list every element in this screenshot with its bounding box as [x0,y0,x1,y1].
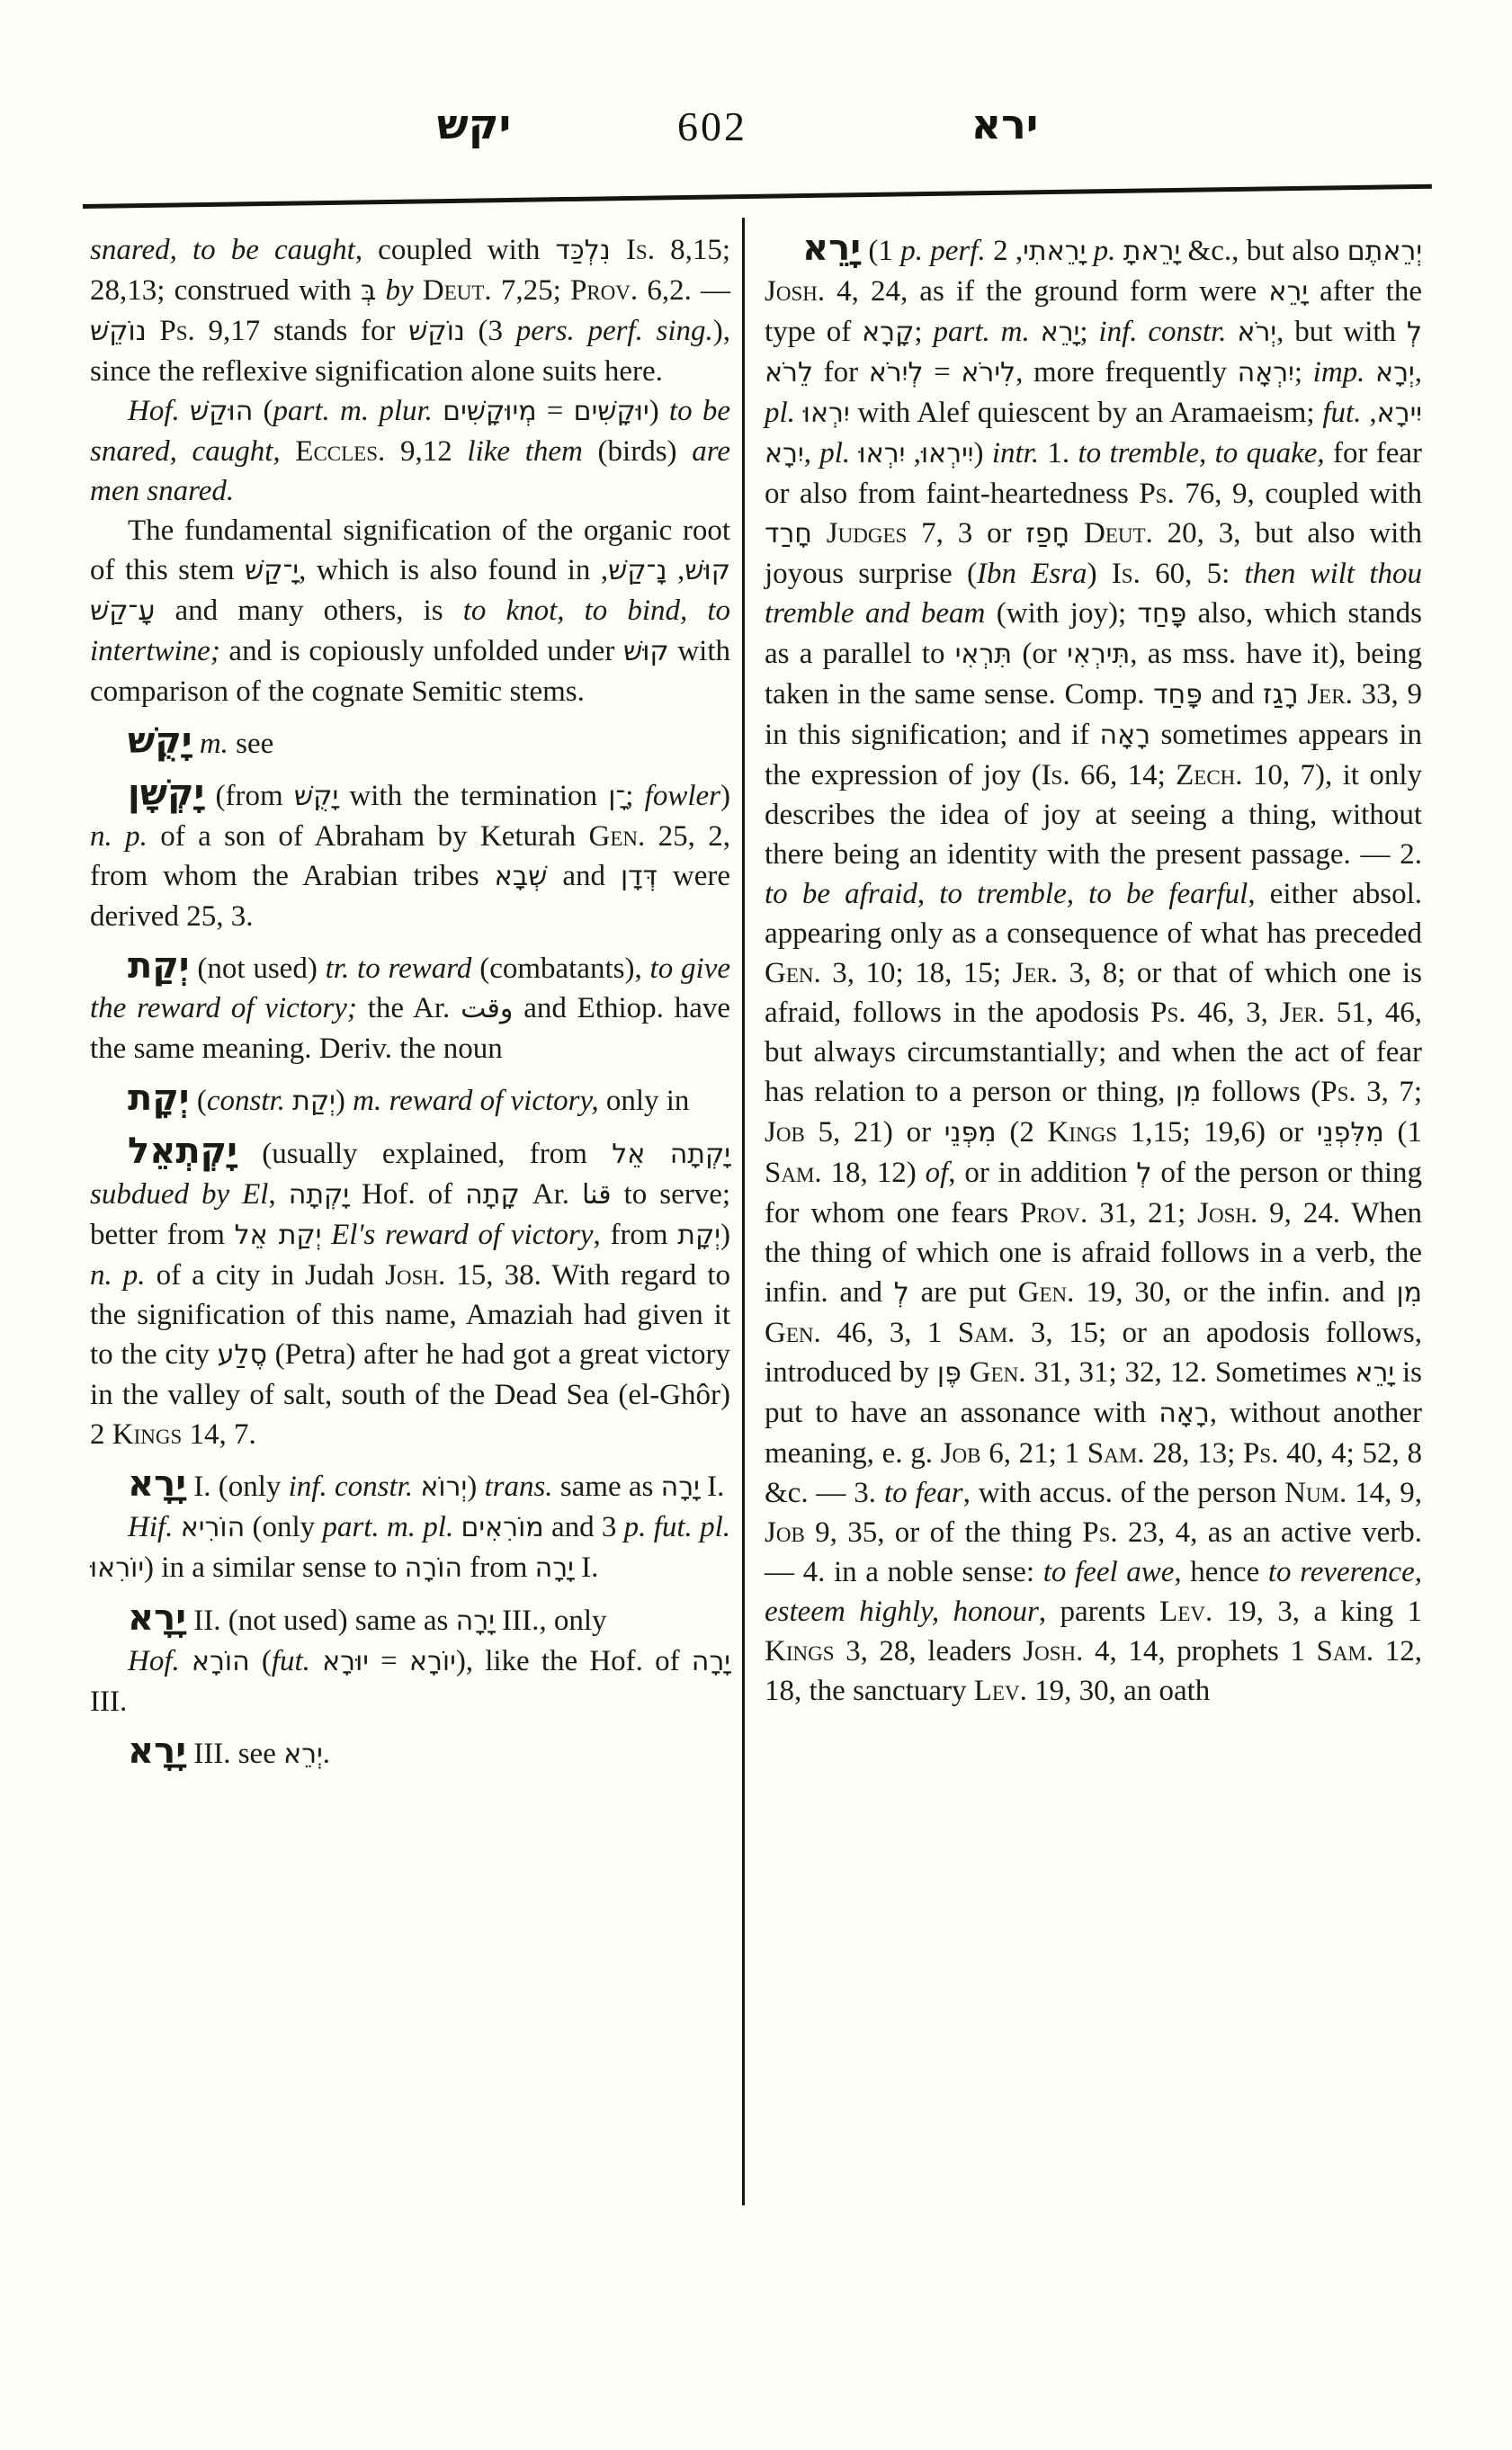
text-run: , hence [1174,1556,1267,1588]
hebrew-headword: יָרֵא [802,228,861,269]
hebrew-word: קוּשׁ [684,555,730,586]
hebrew-word: יְקָת [677,1220,720,1251]
text-run: and 3 [544,1511,624,1543]
hebrew-word: יִירְאוּ [921,438,974,469]
text-run: 1. [1039,437,1078,469]
text-run: , [1415,356,1422,389]
text-run: see [228,728,273,760]
hebrew-word: מִפְּנֵי [944,1117,997,1149]
text-run [1361,397,1369,429]
hebrew-headword: יָרָא [128,1463,186,1505]
book-reference: Gen. [970,1356,1026,1389]
italic-run: like them [467,435,582,468]
text-run [192,728,200,760]
hebrew-word: יוֹרִאוּ [90,1552,144,1584]
text-run: (1 [1384,1116,1422,1149]
text-run [812,517,827,550]
entry-paragraph: יָרָא I. (only inf. constr. יְרוֹא) tran… [90,1466,730,1507]
text-run: 1,15; 19,6) or [1117,1116,1317,1149]
italic-run: tr. to reward [326,952,472,985]
italic-run: inf. constr. [1098,316,1226,348]
hebrew-headword: יָרָא [128,1730,186,1772]
book-reference: Prov. [570,274,638,307]
entry-paragraph: יְקַת (not used) tr. to reward (combatan… [90,948,730,1069]
text-run: 9, 35, or of the thing [805,1516,1082,1549]
entry-paragraph: יְקָת (constr. יְקַת) m. reward of victo… [90,1080,730,1122]
hebrew-word: יִרָא [765,438,804,469]
book-reference: Ps. [1243,1437,1278,1470]
italic-run: Hof. [128,1645,180,1677]
book-reference: Ps. [159,315,194,347]
header-rule [83,184,1432,209]
text-run: ) [720,1219,730,1251]
text-run [321,1219,331,1251]
hebrew-word: יְרֵא [283,1739,323,1770]
book-reference: Jer. [1307,678,1352,711]
text-run: 9,17 stands for [195,315,408,347]
text-run: (or [1012,638,1067,670]
hebrew-word: מְיוּקָשִׁים [443,396,536,427]
arabic-word: قنا [582,1179,612,1211]
text-run: , more frequently [1015,356,1238,389]
book-reference: Lev. [1159,1596,1212,1628]
italic-run: fut. [272,1645,310,1677]
book-reference: Ps. [1150,997,1185,1029]
text-run: , but with [1276,316,1407,348]
text-run [1069,517,1084,550]
text-run: ; [1079,316,1098,348]
book-reference: Is. [1112,558,1141,590]
column-divider [742,218,745,2205]
text-run: and [547,860,621,892]
hebrew-word: יָרָה [535,1552,574,1584]
text-run: 46, 3, [1186,997,1280,1029]
hebrew-headword: יָרָא [128,1597,186,1639]
text-run: 3, 7; [1356,1076,1422,1108]
text-run: 19, 30, an oath [1027,1675,1210,1707]
text-run: only in [599,1085,690,1117]
text-run [180,1645,192,1677]
book-reference: Josh. [765,275,825,308]
paragraph: Hof. הוֹרָא (fut. יוֹרָא = יוּרָא), like… [90,1641,730,1721]
text-run: , [601,554,608,586]
hebrew-word: יָרֵאתָ [1123,236,1180,267]
text-run: (only [245,1511,322,1543]
text-run: (with joy); [985,597,1137,630]
text-run [281,435,296,468]
text-run [795,397,803,429]
italic-run: pl. [819,437,850,469]
hebrew-word: נוֹקַשׁ [408,316,465,347]
hebrew-word: יִרְאָה [1238,357,1294,389]
italic-run: to feel awe [1043,1556,1175,1588]
hebrew-word: יָ־קַשׁ [245,555,299,586]
italic-run: to fear [884,1477,963,1509]
hebrew-word: חָרַד [765,518,812,550]
book-reference: Gen. [765,957,821,989]
italic-run: part. m. pl. [322,1511,453,1543]
hebrew-word: ־ָן [608,781,625,812]
book-reference: Jer. [1280,997,1325,1029]
italic-run: pers. perf. sing. [516,315,713,347]
paragraph: snared, to be caught, coupled with נִלְכ… [90,230,730,391]
book-reference: Gen. [589,820,646,853]
italic-run: of [926,1157,949,1189]
italic-run: to tremble, to quake, [1078,437,1325,469]
paragraph: The fundamental signification of the org… [90,511,730,711]
text-run: 76, 9, coupled with [1175,478,1422,510]
book-reference: Eccles. [295,435,385,468]
hebrew-word: הוֹרָה [405,1552,462,1584]
text-run: ) [467,1471,484,1503]
italic-run: m. reward of victory, [353,1085,598,1117]
hebrew-word: קוּשׁ [623,636,669,667]
book-reference: Lev. [974,1675,1027,1707]
text-run: &c., but also [1180,235,1347,267]
text-run: of a son of Abraham by Keturah [148,820,589,853]
text-run: 66, 14; [1070,759,1176,791]
text-run: with Alef quiescent by an Aramaeism; [850,397,1323,429]
hebrew-word: דְּדָן [621,861,658,892]
text-run: 4, 24, as if the ground form were [825,275,1268,308]
book-reference: Sam. [1316,1635,1373,1668]
hebrew-word: לִירֹא [961,357,1015,389]
text-run: the Ar. [357,992,461,1024]
hebrew-word: יוּרָא [322,1646,369,1677]
text-run: follows ( [1201,1076,1320,1108]
italic-run: n. p. [90,820,148,853]
hebrew-word: הוֹרִיא [181,1512,245,1543]
hebrew-word: פָּחַד [1153,679,1203,711]
text-run: 46, 3, 1 [821,1317,958,1349]
paragraph: Hif. הוֹרִיא (only part. m. pl. מוֹרִאִי… [90,1507,730,1588]
text-run [850,437,858,469]
hebrew-word: יְרֵאתֶם [1347,236,1422,267]
italic-run: imp. [1313,356,1365,389]
book-reference: Jer. [1013,957,1058,989]
book-reference: Deut. [423,274,492,307]
text-run [310,1645,322,1677]
hebrew-headword: יָקֻשׁ [128,720,192,762]
italic-run: part. m. plur. [273,395,433,427]
hebrew-headword: יְקָת [128,1077,190,1119]
book-reference: Judges [827,517,908,550]
hebrew-word: פָּחַד [1138,598,1187,630]
text-run: III. see [186,1738,283,1770]
italic-run: p. fut. pl. [624,1511,730,1543]
hebrew-word: רָגַז [1263,679,1299,711]
text-run: Hof. of [349,1178,465,1211]
italic-run: trans. [484,1471,552,1503]
text-run: , from [594,1219,678,1251]
hebrew-word: יָקֻשׁ [294,781,338,812]
italic-run: intr. [992,437,1039,469]
lexicon-page: יקש 602 ירא snared, to be caught, couple… [0,0,1512,2450]
italic-run: constr. [207,1085,285,1117]
text-run: 5, 21) or [805,1116,944,1149]
hebrew-word: מִן [1396,1277,1422,1309]
text-run: . [323,1738,330,1770]
text-run: are put [909,1276,1018,1309]
hebrew-word: סֶלַע [218,1339,267,1371]
text-run: ) in a similar sense to [144,1551,405,1584]
hebrew-word: יוֹרָא [409,1646,456,1677]
italic-run: p. [1094,235,1116,267]
book-reference: Josh. [1023,1635,1083,1668]
text-run [645,1138,669,1170]
text-run: and is copiously unfolded under [220,635,623,667]
text-run: ) [1087,558,1112,590]
hebrew-word: יָרָה [661,1471,700,1503]
text-run [1299,678,1308,711]
text-run: 3, 28, leaders [835,1635,1024,1668]
text-run: ) [336,1085,353,1117]
text-run: 14, 7. [182,1418,256,1451]
italic-run: to be afraid, to tremble, to be fearful [765,878,1248,910]
book-reference: Josh. [385,1259,445,1292]
book-reference: Ps. [1082,1516,1117,1549]
book-reference: Job [941,1437,981,1470]
arabic-word: وقت [461,993,513,1024]
text-run: III. [90,1685,127,1718]
header-catchword-right: ירא [928,97,1081,151]
text-run: 19, 3, a king 1 [1212,1596,1422,1628]
text-run: = [369,1645,409,1677]
book-reference: Job [765,1516,805,1549]
book-reference: Kings [765,1635,835,1668]
hebrew-headword: יָקְשָׁן [128,773,204,814]
hebrew-word: מִלִּפְנֵי [1317,1117,1384,1149]
text-run [433,395,443,427]
book-reference: Zech. [1176,759,1242,791]
text-run: ( [253,395,273,427]
hebrew-headword: יְקַת [128,945,190,987]
text-run: ) [974,437,992,469]
text-run [1030,316,1041,348]
book-reference: Prov. [1020,1197,1087,1229]
hebrew-word: יָרֵא [1268,276,1308,308]
hebrew-word: מוֹרִאִים [461,1512,544,1543]
text-run [147,315,160,347]
hebrew-word: הוֹרָא [192,1646,250,1677]
hebrew-word: רָאָה [1100,720,1151,751]
book-reference: Sam. [958,1317,1015,1349]
text-run: 31, 31; 32, 12. Sometimes [1025,1356,1355,1389]
text-run: 60, 5: [1141,558,1245,590]
italic-run: pl. [765,397,795,429]
hebrew-word: מִן [1176,1077,1202,1108]
text-run: I. (only [186,1471,289,1503]
hebrew-word: יְרָא [1375,357,1415,389]
text-run [414,274,423,307]
hebrew-word: יִרְאוּ [803,398,850,429]
hebrew-word: הוּקַשׁ [190,396,253,427]
hebrew-word: לְ [1136,1158,1151,1189]
hebrew-word: יְרוֹא [420,1471,467,1503]
book-reference: Gen. [765,1317,821,1349]
book-reference: Sam. [765,1157,822,1189]
text-run [376,274,385,307]
hebrew-word: תִּירְאִי [1067,639,1130,670]
hebrew-word: יָרָה [692,1646,730,1677]
hebrew-word: לֵרֹא [765,357,813,389]
text-run: ; [1294,356,1313,389]
hebrew-word: יְקַת אֵל [235,1220,322,1251]
text-run: 9,12 [385,435,467,468]
book-reference: Deut. [1084,517,1153,550]
text-run: 31, 21; [1087,1197,1197,1229]
text-run [1227,316,1238,348]
book-reference: Gen. [1018,1276,1075,1309]
hebrew-word: יָקְתָה [289,1179,349,1211]
italic-run: part. m. [933,316,1029,348]
text-run: 6,2. — [638,274,730,307]
text-run: (1 [861,235,900,267]
text-run: and many others, is [155,595,462,627]
text-run: (3 [465,315,516,347]
text-run: 19, 30, or the infin. and [1074,1276,1396,1309]
text-run [962,1356,970,1389]
text-run: II. (not used) same as [186,1605,456,1637]
hebrew-word: יָרֵא [1041,317,1080,348]
book-reference: Kings [112,1418,183,1451]
text-run: (combatants), [471,952,649,985]
column-left: snared, to be caught, coupled with נִלְכ… [90,230,730,1775]
hebrew-word: בְּ [361,275,376,307]
entry-paragraph: יָקְשָׁן (from יָקֻשׁ with the terminati… [90,775,730,936]
text-run: 28, 13; [1144,1437,1243,1470]
book-reference: Num. [1284,1477,1346,1509]
hebrew-word: יוּקָשִׁים [574,396,649,427]
paragraph: Hof. הוּקַשׁ (part. m. plur. יוּקָשִׁים … [90,391,730,511]
book-reference: Is. [626,234,655,266]
italic-run: fut. [1322,397,1361,429]
book-reference: Kings [1048,1116,1118,1149]
text-run: (usually explained, from [237,1138,612,1170]
book-reference: Job [765,1116,805,1149]
text-run: I. [700,1471,725,1503]
text-run: from [462,1551,535,1584]
hebrew-word: לְיִרֹא [869,357,924,389]
book-reference: Ps. [1139,478,1174,510]
book-reference: Sam. [1087,1437,1145,1470]
text-run: ( [250,1645,272,1677]
text-run: and [1203,678,1263,711]
hebrew-word: יְקַת [292,1086,336,1117]
italic-run: n. p. [90,1259,146,1292]
text-run: , [905,437,921,469]
hebrew-word: שְׁבָא [495,861,548,892]
text-run: , or in addition [948,1157,1136,1189]
text-run: (2 [997,1116,1048,1149]
hebrew-word: לְ [1407,317,1422,348]
text-run: ), like the Hof. of [456,1645,692,1677]
text-run: (from [204,780,294,812]
book-reference: Josh. [1197,1197,1257,1229]
text-run: , parents [1039,1596,1159,1628]
hebrew-word: אֵל [612,1139,645,1170]
text-run: I. [574,1551,599,1584]
text-run: with the termination [338,780,608,812]
entry-paragraph: יָקְתְאֵל (usually explained, from יָקְת… [90,1133,730,1454]
book-reference: Is. [1042,759,1070,791]
hebrew-word: יָקְתָה [670,1139,730,1170]
hebrew-word: יָרֵא [1355,1357,1394,1389]
entry-paragraph: יָרָא III. see יְרֵא. [90,1733,730,1775]
column-right: יָרֵא (1 p. perf. יָרֵאתִי, 2 p. יָרֵאתָ… [765,230,1422,1711]
italic-run: El's reward of victory [331,1219,593,1251]
paragraph: יָרֵא (1 p. perf. יָרֵאתִי, 2 p. יָרֵאתָ… [765,230,1422,1711]
italic-run: fowler [645,780,720,812]
hebrew-word: רָאָה [1159,1398,1210,1429]
hebrew-word: נִלְכַּד [556,235,611,266]
italic-run: snared, to be caught [90,234,355,266]
hebrew-word: קָרָא [862,317,914,348]
text-run: 7, 3 or [907,517,1025,550]
text-run: , [804,437,820,469]
hebrew-word: תִּרְאִי [955,639,1012,670]
entry-paragraph: יָרָא II. (not used) same as יָרָה III.,… [90,1600,730,1641]
text-run: = [924,356,962,389]
text-run: 14, 9, [1346,1477,1422,1509]
italic-run: inf. constr. [289,1471,413,1503]
hebrew-word: נָ־קַשׁ [608,555,667,586]
text-run: 18, 12) [822,1157,926,1189]
text-run: for [813,356,869,389]
text-run: ) [649,395,669,427]
hebrew-word: עָ־קַשׁ [90,595,155,627]
text-run [180,395,190,427]
hebrew-word: חָפַז [1025,518,1069,550]
hebrew-word: יָרָה [456,1605,495,1637]
text-run: Ar. [520,1178,582,1211]
page-number: 602 [645,101,780,153]
italic-run: Ibn Esra [977,558,1087,590]
hebrew-word: לְ [894,1277,909,1309]
hebrew-word: קָתָה [465,1179,520,1211]
hebrew-word: יִרְאוּ [859,438,906,469]
italic-run: m. [200,728,228,760]
text-run: (not used) [190,952,326,985]
text-run [173,1511,180,1543]
text-run: 7,25; [492,274,570,307]
hebrew-headword: יָקְתְאֵל [128,1131,237,1172]
text-run [1115,235,1123,267]
hebrew-word: פֶּן [937,1357,962,1389]
text-run: , [667,554,685,586]
text-run: = [537,395,574,427]
text-run [453,1511,461,1543]
italic-run: by [386,274,414,307]
text-run: 4, 14, prophets 1 [1083,1635,1316,1668]
hebrew-word: יָרֵאתִי [1023,236,1086,267]
hebrew-word: יְרֹא [1237,317,1276,348]
text-run: III., only [495,1605,607,1637]
text-run: ) [720,780,730,812]
book-reference: Ps. [1320,1076,1355,1108]
text-run: same as [553,1471,661,1503]
text-run: (birds) [583,435,692,468]
hebrew-word: נוֹקֵשׁ [90,316,147,347]
italic-run: Hof. [128,395,180,427]
text-run: ; [914,316,933,348]
text-run: ( [190,1085,207,1117]
text-run: , [1369,397,1376,429]
text-run: , coupled with [355,234,556,266]
italic-run: p. perf. [900,235,986,267]
text-run [611,234,626,266]
text-run: , [268,1178,288,1211]
